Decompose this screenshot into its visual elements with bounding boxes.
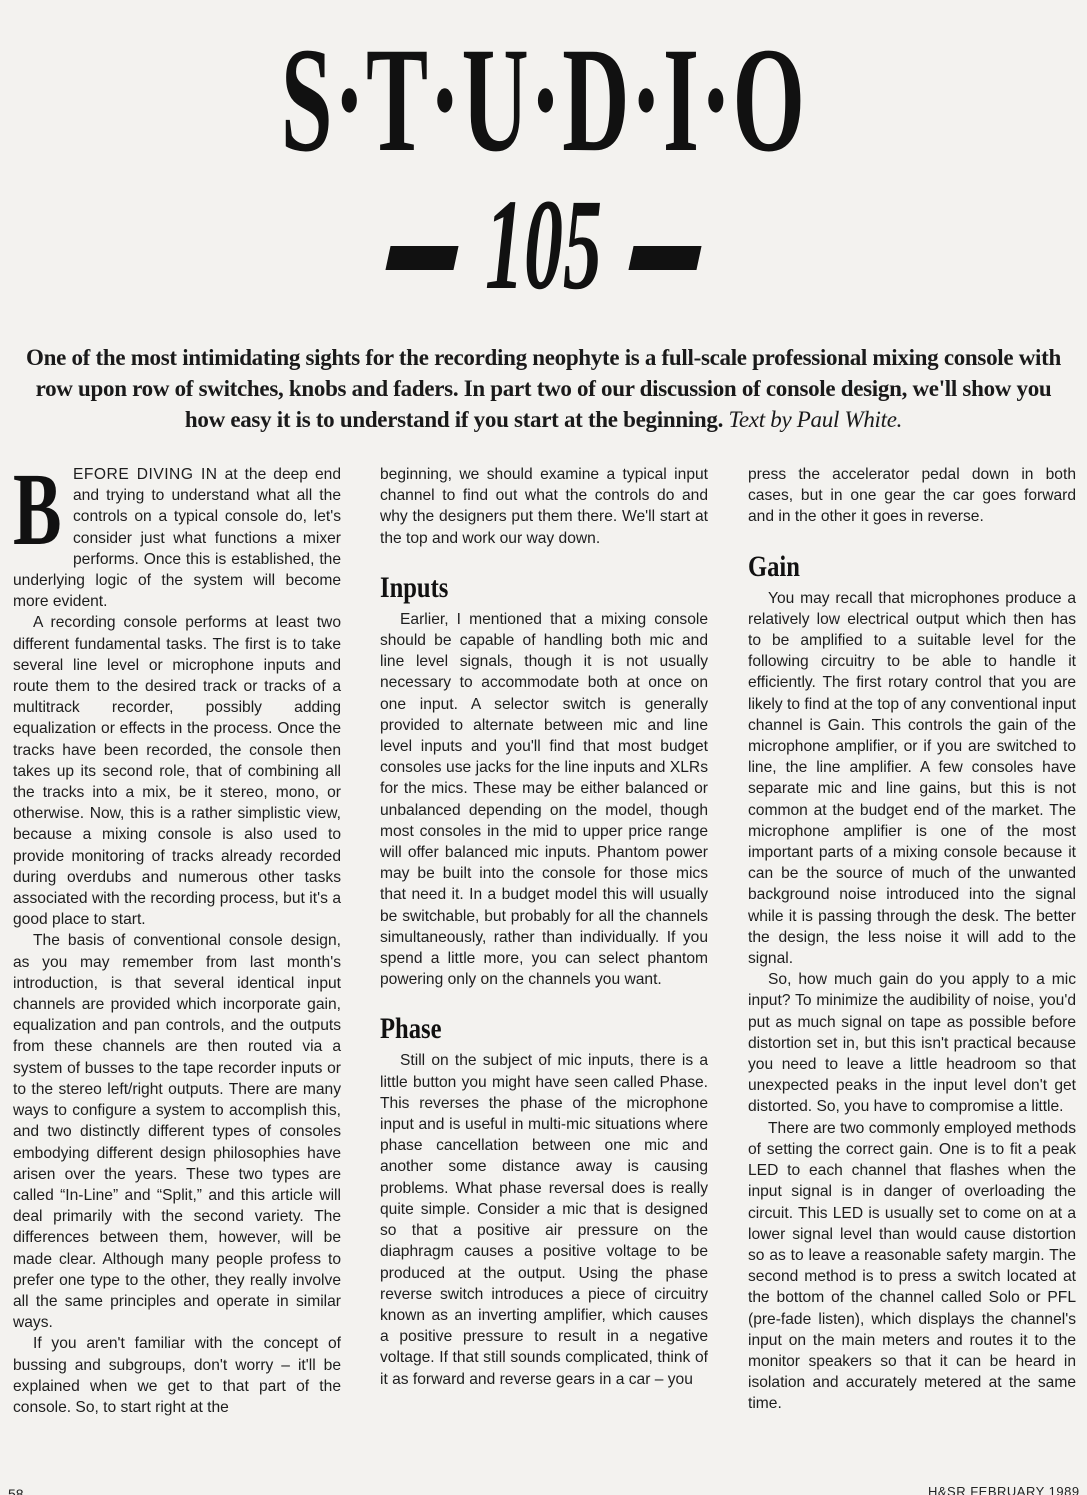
page-title: S·T·U·D·I·O xyxy=(207,30,881,170)
paragraph: A recording console performs at least tw… xyxy=(13,612,341,930)
paragraph: BEFORE DIVING IN at the deep end and try… xyxy=(13,464,341,612)
paragraph-text: at the deep end and trying to understand… xyxy=(13,466,341,610)
paragraph: Earlier, I mentioned that a mixing conso… xyxy=(380,609,708,991)
issue-number-text: 105 xyxy=(485,180,602,310)
dash-right xyxy=(628,246,701,270)
title-block: S·T·U·D·I·O 105 xyxy=(0,0,1087,330)
issue-number: 105 xyxy=(0,180,1087,310)
dash-left xyxy=(385,246,458,270)
column-1: BEFORE DIVING IN at the deep end and try… xyxy=(13,464,341,1418)
paragraph: You may recall that microphones produce … xyxy=(748,588,1076,970)
paragraph: Still on the subject of mic inputs, ther… xyxy=(380,1050,708,1389)
subhead-inputs: Inputs xyxy=(380,571,649,605)
paragraph: press the accelerator pedal down in both… xyxy=(748,464,1076,528)
byline: Text by Paul White. xyxy=(729,407,903,432)
subhead-gain: Gain xyxy=(748,550,1017,584)
paragraph: So, how much gain do you apply to a mic … xyxy=(748,969,1076,1117)
paragraph: There are two commonly employed methods … xyxy=(748,1118,1076,1415)
column-2: beginning, we should examine a typical i… xyxy=(380,464,708,1390)
publication-footer: H&SR FEBRUARY 1989 xyxy=(928,1484,1080,1495)
paragraph: If you aren't familiar with the concept … xyxy=(13,1333,341,1418)
column-3: press the accelerator pedal down in both… xyxy=(748,464,1076,1415)
paragraph: The basis of conventional console design… xyxy=(13,930,341,1333)
deck-text: One of the most intimidating sights for … xyxy=(26,345,1061,432)
page-number: 58 xyxy=(8,1486,24,1495)
drop-cap: B xyxy=(13,467,49,553)
lead-caps: EFORE DIVING IN xyxy=(73,466,218,483)
paragraph: beginning, we should examine a typical i… xyxy=(380,464,708,549)
article-deck: One of the most intimidating sights for … xyxy=(20,342,1067,435)
subhead-phase: Phase xyxy=(380,1012,649,1046)
